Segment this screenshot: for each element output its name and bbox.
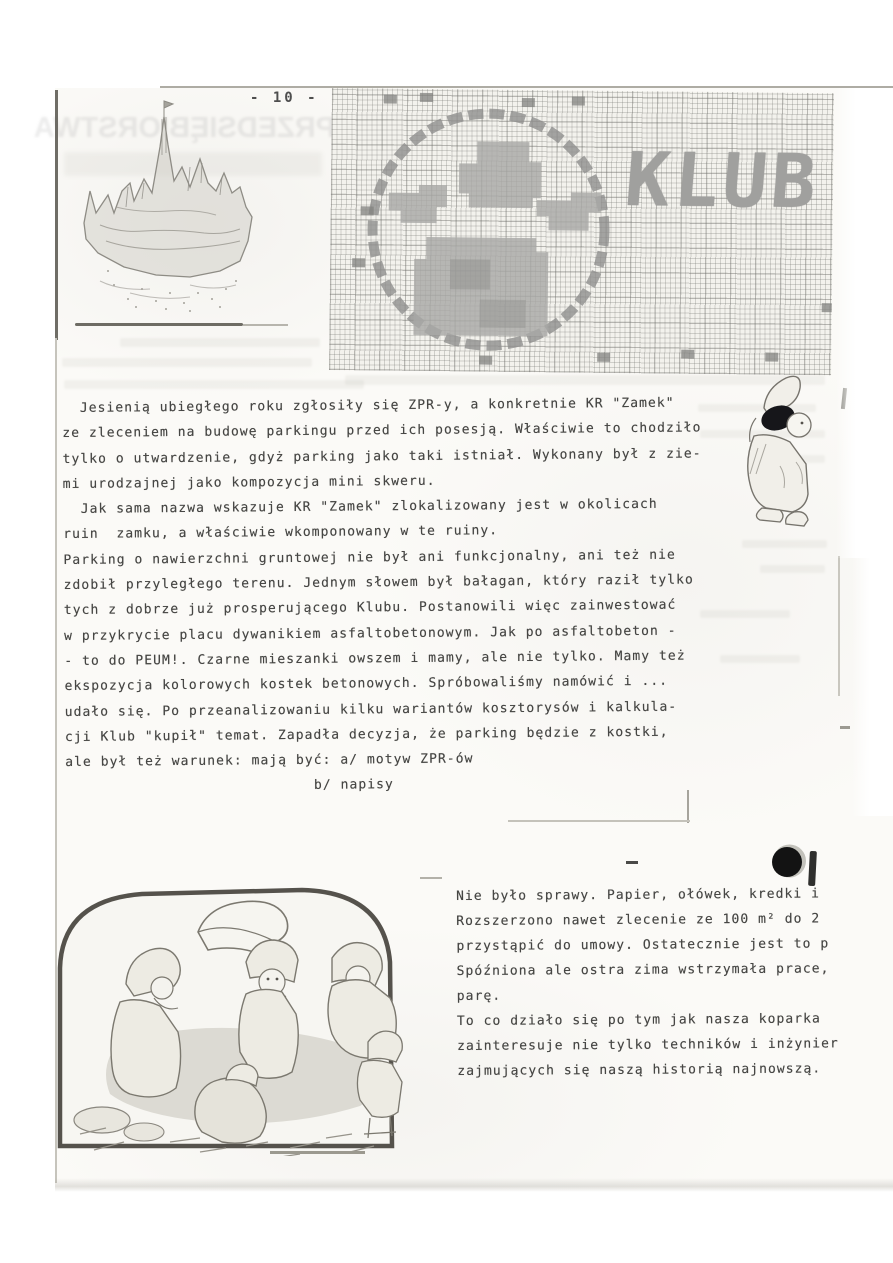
text-line: parę.	[457, 981, 839, 1009]
castle-illustration	[70, 95, 270, 315]
bleedthrough-smudge	[742, 540, 827, 548]
paper-bottom-edge	[55, 1178, 893, 1192]
castle-underline-faint	[243, 324, 288, 326]
text-line: zainteresuje nie tylko techników i inżyn…	[457, 1031, 839, 1059]
text-line: Nie było sprawy. Papier, ołówek, kredki …	[456, 881, 838, 909]
crease-mark	[838, 556, 840, 696]
bleedthrough-smudge	[62, 358, 312, 367]
text-line: Rozszerzono nawet zlecenie ze 100 m² do …	[456, 906, 838, 934]
dash-mark	[626, 861, 638, 864]
shadow-mark	[270, 1151, 365, 1154]
edge-mark	[420, 877, 442, 879]
bleedthrough-smudge	[64, 380, 364, 389]
main-paragraphs: Jesienią ubiegłego roku zgłosiły się ZPR…	[62, 390, 705, 800]
stitch-square	[420, 93, 433, 102]
text-line: Spóźniona ale ostra zima wstrzymała prac…	[457, 956, 839, 984]
crease-mark	[508, 820, 690, 822]
gnomes-group-illustration	[50, 866, 412, 1156]
punched-hole	[772, 847, 802, 877]
stitch-square	[572, 97, 585, 106]
stitch-square	[522, 98, 535, 107]
scanned-page: PRZEDSIĘBIORSTWA - 10 -	[0, 0, 893, 1263]
scan-edge-white	[852, 556, 893, 816]
paper-top-edge	[160, 86, 893, 88]
cross-stitch-pattern: KLUB	[329, 88, 834, 375]
stitch-square	[479, 356, 492, 365]
stitch-square	[765, 353, 778, 362]
stitch-square	[361, 206, 374, 215]
stitch-square	[597, 353, 610, 362]
gnome-illustration	[736, 374, 836, 532]
castle-underline	[75, 323, 243, 326]
stitch-square	[681, 350, 694, 359]
bleedthrough-smudge	[760, 565, 825, 573]
scan-edge-white	[836, 88, 893, 558]
edge-mark	[840, 726, 850, 729]
crease-mark	[687, 790, 689, 823]
bleedthrough-smudge	[700, 610, 790, 618]
text-line: przystąpić do umowy. Ostatecznie jest to…	[456, 931, 838, 959]
bleedthrough-smudge	[120, 338, 320, 347]
stitch-square	[384, 95, 397, 104]
bottom-paragraphs: Nie było sprawy. Papier, ołówek, kredki …	[456, 881, 839, 1084]
text-line: zajmujących się naszą historią najnowszą…	[457, 1056, 839, 1084]
klub-pixel-text: KLUB	[621, 137, 834, 239]
bleedthrough-smudge	[720, 655, 800, 663]
stitch-square	[352, 258, 365, 267]
text-line: To co działo się po tym jak nasza kopark…	[457, 1006, 839, 1034]
